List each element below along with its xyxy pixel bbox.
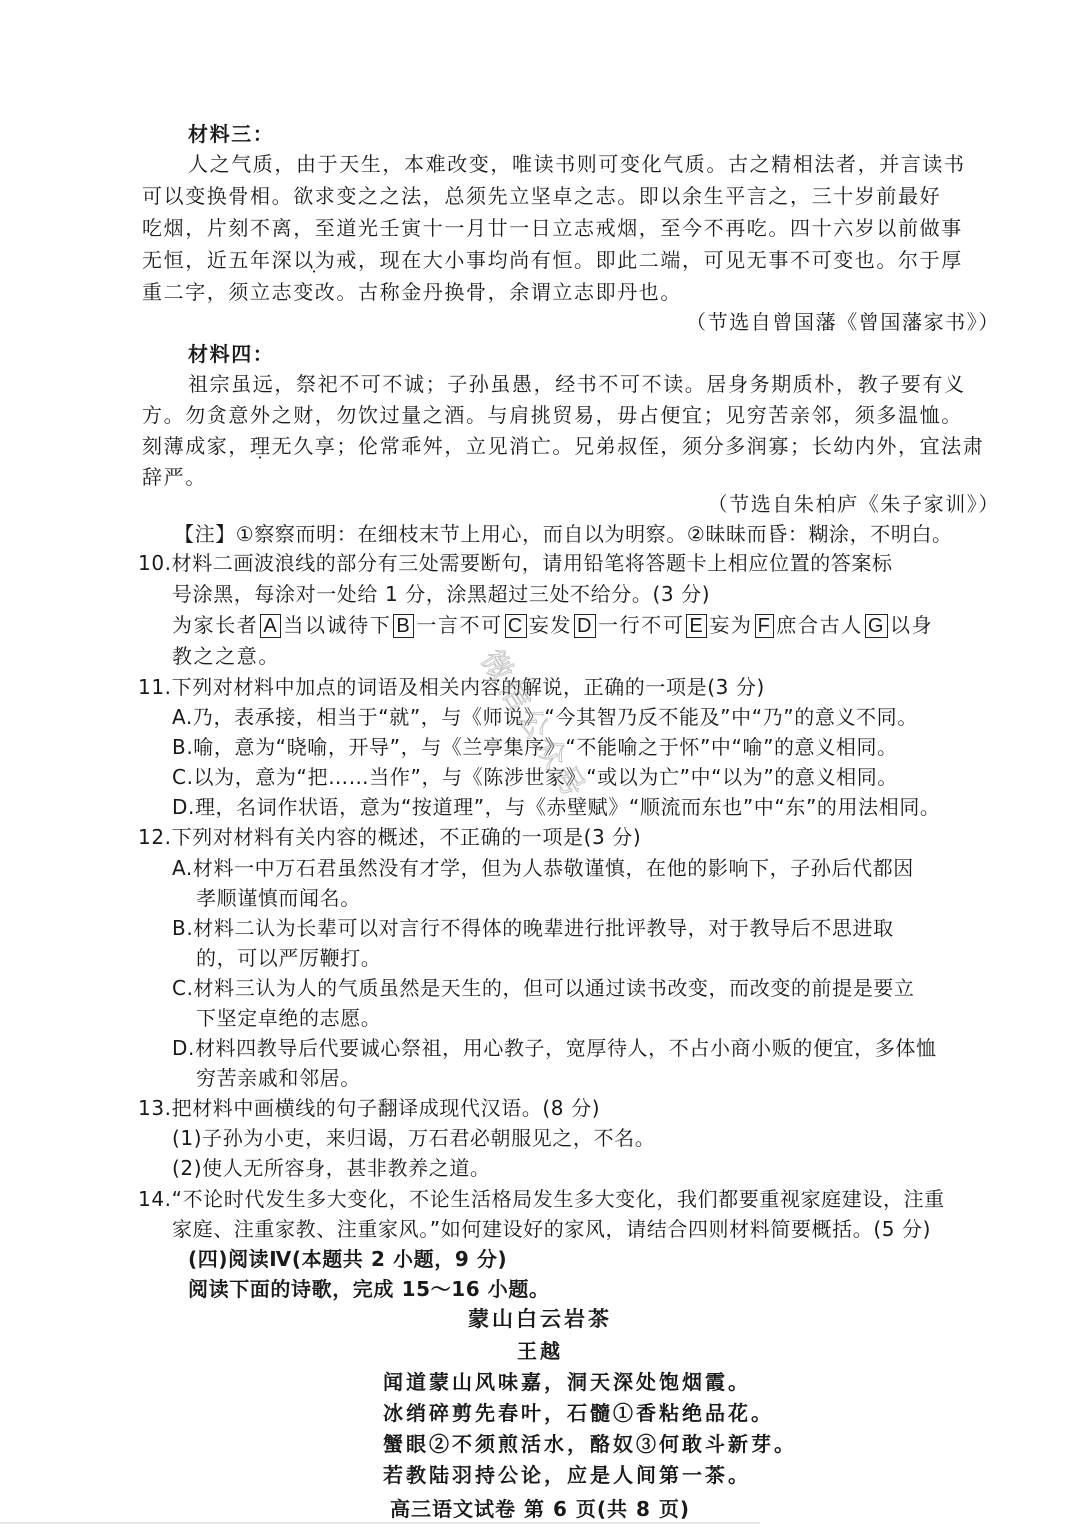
poem-line: 若教陆羽持公论，应是人间第一茶。 [383, 1461, 751, 1489]
segment: 当以诚待下 [283, 613, 391, 637]
poem-title: 蒙山白云岩茶 [0, 1305, 1080, 1333]
q12-option-a-cont: 孝顺谨慎而闻名。 [196, 884, 361, 912]
q10-stem: 10.材料二画波浪线的部分有三处需要断句，请用铅笔将答题卡上相应位置的答案标 [138, 549, 893, 577]
note: 【注】①察察而明：在细枝末节上用心，而自以为明察。②昧昧而昏：糊涂，不明白。 [174, 520, 953, 548]
segment: 一言不可 [416, 613, 502, 637]
material4-source: （节选自朱柏庐《朱子家训》） [708, 490, 1000, 518]
q11-option-c: C.以为，意为“把……当作”，与《陈涉世家》“或以为亡”中“以为”的意义相同。 [172, 763, 898, 791]
poem-line: 闻道蒙山风味嘉，洞天深处饱烟霞。 [383, 1368, 751, 1396]
poem-line: 蟹眼②不须煎活水，酪奴③何敢斗新芽。 [383, 1430, 797, 1458]
material3-line: 可以变换骨相。欲求变之之法，总须先立坚卓之志。即以余生平言之，三十岁前最好 [142, 182, 941, 210]
material3-line: 吃烟，片刻不离，至道光壬寅十一月廿一日立志戒烟，至今不再吃。四十六岁以前做事 [142, 214, 963, 242]
break-option-f[interactable]: F [755, 614, 775, 638]
poem-line: 冰绡碎剪先春叶，石髓①香粘绝品花。 [383, 1399, 774, 1427]
text-segment: 戒，现在大小事均尚有恒。即此二端，可见无事不可变也。尔于厚 [336, 248, 962, 272]
segment: 为家长者 [172, 613, 258, 637]
section4-instruction: 阅读下面的诗歌，完成 15～16 小题。 [188, 1275, 550, 1303]
q13-item-1: (1)子孙为小吏，来归谒，万石君必朝服见之，不名。 [172, 1124, 655, 1152]
break-option-d[interactable]: D [574, 614, 596, 638]
text-segment: 刻薄成家， [142, 434, 250, 458]
poem-author: 王越 [0, 1337, 1080, 1365]
material3-source: （节选自曾国藩《曾国藩家书》） [686, 308, 1000, 336]
q10-sentence-tail: 教之之意。 [172, 642, 280, 670]
segment: 一行不可 [598, 613, 684, 637]
material4-heading: 材料四： [188, 340, 274, 368]
break-option-e[interactable]: E [686, 614, 707, 638]
q12-option-b-cont: 的，可以严厉鞭打。 [196, 944, 381, 972]
segment: 庶合古人 [776, 613, 862, 637]
q14-stem-cont: 家庭、注重家教、注重家风。”如何建设好的家风，请结合四则材料简要概括。(5 分) [172, 1215, 931, 1243]
q12-option-b: B.材料二认为长辈可以对言行不得体的晚辈进行批评教导，对于教导后不思进取 [172, 914, 894, 942]
material3-line: 重二字，须立志变改。古称金丹换骨，余谓立志即丹也。 [142, 278, 682, 306]
q12-option-d-cont: 穷苦亲戚和邻居。 [196, 1064, 361, 1092]
exam-page: 材料三： 人之气质，由于天生，本难改变，唯读书则可变化气质。古之精相法者，并言读… [0, 0, 1080, 1527]
q12-option-d: D.材料四教导后代要诚心祭祖，用心教子，宽厚待人，不占小商小贩的便宜，多体恤 [172, 1034, 937, 1062]
material4-line: 方。勿贪意外之财，勿饮过量之酒。与肩挑贸易，毋占便宜；见穷苦亲邻，须多温恤。 [142, 401, 963, 429]
material3-heading: 材料三： [188, 120, 274, 148]
q12-option-a: A.材料一中万石君虽然没有才学，但为人恭敬谨慎，在他的影响下，子孙后代都因 [172, 854, 914, 882]
text-segment: 无恒，近五年深 [142, 248, 293, 272]
q12-option-c-cont: 下坚定卓绝的志愿。 [196, 1004, 381, 1032]
page-edge-divider [0, 1522, 760, 1524]
segment: 以身 [890, 613, 933, 637]
text-segment: 无久享；伦常乖舛，立见消亡。兄弟叔侄，须分多润寡；长幼内外，宜法肃 [272, 434, 985, 458]
material4-line: 祖宗虽远，祭祀不可不诚；子孙虽愚，经书不可不读。居身务期质朴，教子要有义 [188, 370, 966, 398]
q10-stem: 号涂黑，每涂对一处给 1 分，涂黑超过三处不给分。(3 分) [172, 580, 710, 608]
section4-heading: (四)阅读Ⅳ(本题共 2 小题，9 分) [188, 1245, 507, 1273]
q12-option-c: C.材料三认为人的气质虽然是天生的，但可以通过读书改变，而改变的前提是要立 [172, 974, 915, 1002]
material3-line: 人之气质，由于天生，本难改变，唯读书则可变化气质。古之精相法者，并言读书 [188, 150, 966, 178]
material4-line: 刻薄成家，理无久享；伦常乖舛，立见消亡。兄弟叔侄，须分多润寡；长幼内外，宜法肃 [142, 432, 984, 460]
material4-line: 辞严。 [142, 463, 207, 491]
material3-line: 无恒，近五年深以为戒，现在大小事均尚有恒。即此二端，可见无事不可变也。尔于厚 [142, 246, 963, 274]
dotted-word: 以为 [293, 248, 336, 272]
q13-item-2: (2)使人无所容身，甚非教养之道。 [172, 1154, 491, 1182]
q10-sentence: 为家长者A当以诚待下B一言不可C妄发D一行不可E妄为F庶合古人G以身 [172, 611, 933, 639]
q13-stem: 13.把材料中画横线的句子翻译成现代汉语。(8 分) [138, 1094, 600, 1122]
break-option-c[interactable]: C [505, 614, 527, 638]
q14-stem: 14.“不论时代发生多大变化，不论生活格局发生多大变化，我们都要重视家庭建设，注… [138, 1185, 945, 1213]
break-option-b[interactable]: B [393, 614, 414, 638]
page-footer: 高三语文试卷 第 6 页(共 8 页) [0, 1495, 1080, 1523]
segment: 妄为 [709, 613, 752, 637]
dotted-word: 理 [250, 434, 272, 458]
q11-stem: 11.下列对材料中加点的词语及相关内容的解说，正确的一项是(3 分) [138, 673, 765, 701]
q12-stem: 12.下列对材料有关内容的概述，不正确的一项是(3 分) [138, 823, 641, 851]
break-option-g[interactable]: G [865, 614, 888, 638]
break-option-a[interactable]: A [260, 614, 281, 638]
segment: 妄发 [529, 613, 572, 637]
